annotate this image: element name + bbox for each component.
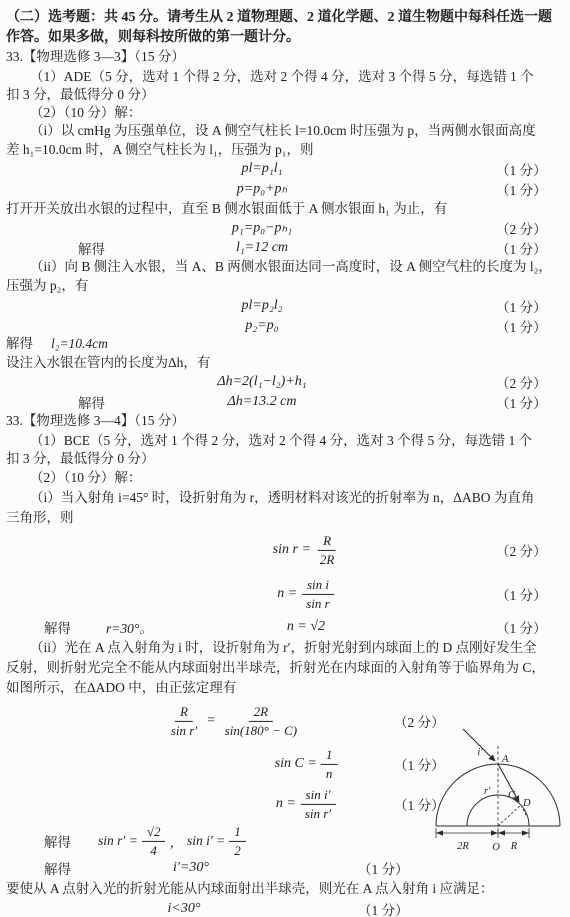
dimension-arrow: [491, 830, 498, 835]
solution-paragraph: 差 h₁=10.0cm 时，A 侧空气柱长为 l₁，压强为 p₁，则: [6, 140, 564, 159]
formula: l₂=10.4cm: [51, 336, 108, 351]
optics-figure: i′ A r′ C D 2R O R: [426, 694, 570, 870]
formula: n = sin i′sin r′: [276, 787, 336, 821]
document-page: （二）选考题：共 45 分。请考生从 2 道物理题、2 道化学题、2 道生物题中…: [0, 0, 570, 917]
score-label: （2 分）: [496, 540, 547, 560]
solution-paragraph: 打开开关放出水银的过程中，直至 B 侧水银面低于 A 侧水银面 h₁ 为止，有: [6, 199, 564, 218]
solve-prefix: 解得: [44, 831, 71, 851]
equation-row: 解得 r=30°。 n = √2 （1 分）: [6, 616, 564, 638]
figure-label-2R: 2R: [457, 841, 469, 852]
equation-row: i<30° （1 分）: [6, 900, 564, 917]
solve-prefix: 解得: [78, 392, 105, 412]
formula: r=30°。: [106, 617, 153, 637]
equation-row: 解得 l₁=12 cm （1 分）: [6, 238, 564, 257]
formula: pl=p₂l₂: [242, 298, 283, 314]
solve-prefix: 解得: [44, 858, 71, 878]
figure-label-r-prime: r′: [484, 786, 491, 797]
figure-label-O: O: [492, 842, 500, 853]
score-label: （1 分）: [358, 858, 409, 878]
formula: p₂=p₀: [245, 318, 278, 334]
solution-paragraph: （i）当入射角 i=45° 时，设折射角为 r，透明材料对该光的折射率为 n，Δ…: [6, 488, 564, 508]
solution-paragraph: （i）以 cmHg 为压强单位，设 A 侧空气柱长 l=10.0cm 时压强为 …: [6, 122, 564, 140]
formula: p=p₀+pₕ: [237, 181, 287, 198]
figure-label-R: R: [510, 841, 518, 852]
solve-line: 解得l₂=10.4cm: [6, 335, 564, 353]
formula: i′=30°: [173, 860, 209, 876]
score-label: （2 分）: [496, 372, 547, 392]
solution-paragraph: （ii）向 B 侧注入水银，当 A、B 两侧水银面达同一高度时，设 A 侧空气柱…: [6, 257, 564, 276]
answer-choice-line: （1）BCE（5 分，选对 1 个得 2 分，选对 2 个得 4 分，选对 3 …: [6, 431, 564, 450]
score-label: （1 分）: [496, 392, 547, 412]
solve-prefix: 解得: [78, 238, 105, 258]
solution-paragraph: （ii）光在 A 点入射角为 i 时，设折射角为 r′，折射光射到内球面上的 D…: [6, 638, 564, 658]
dimension-arrow: [436, 830, 443, 835]
figure-label-C: C: [508, 790, 516, 801]
normal-at-D: [498, 805, 521, 826]
figure-label-i-prime: i′: [477, 747, 483, 758]
formula: sin r′ = √24 ， sin i′ = 12: [98, 824, 246, 858]
equation-row: p₂=p₀ （1 分）: [6, 316, 564, 335]
header-line-2: 作答。如果多做，则每科按所做的第一题计分。: [6, 28, 564, 47]
solve-prefix: 解得: [6, 336, 33, 351]
solution-paragraph: 压强为 p₂，有: [6, 276, 564, 296]
formula: sin C = 1n: [275, 747, 338, 781]
equation-row: p=p₀+pₕ （1 分）: [6, 179, 564, 199]
formula: l₁=12 cm: [236, 240, 288, 256]
score-label: （1 分）: [358, 899, 409, 917]
formula: n = √2: [287, 619, 325, 635]
score-label: （1 分）: [496, 584, 547, 604]
formula: Δh=13.2 cm: [228, 394, 297, 410]
formula: p₁=p₀−pₕ₁: [232, 220, 292, 237]
score-label: （1 分）: [496, 316, 547, 336]
equation-row: sin r = R2R （2 分）: [6, 528, 564, 572]
solution-paragraph: 三角形，则: [6, 508, 564, 528]
solution-paragraph: 要使从 A 点射入光的折射光能从内球面射出半球壳，则光在 A 点入射角 i 应满…: [6, 878, 564, 900]
dimension-arrow: [522, 830, 529, 835]
score-label: （2 分）: [496, 218, 547, 238]
answer-choice-line: （1）ADE（5 分，选对 1 个得 2 分，选对 2 个得 4 分，选对 3 …: [6, 67, 564, 86]
figure-label-A: A: [501, 754, 509, 765]
equation-row: p₁=p₀−pₕ₁ （2 分）: [6, 218, 564, 238]
equation-row: 解得 Δh=13.2 cm （1 分）: [6, 392, 564, 411]
formula: Δh=2(l₁−l₂)+h₁: [217, 374, 306, 390]
score-label: （1 分）: [496, 179, 547, 199]
question-33-3-title: 33.【物理选修 3—3】（15 分）: [6, 47, 564, 67]
question-33-4-title: 33.【物理选修 3—4】（15 分）: [6, 411, 564, 431]
score-label: （1 分）: [496, 296, 547, 316]
header-line-1: （二）选考题：共 45 分。请考生从 2 道物理题、2 道化学题、2 道生物题中…: [6, 8, 564, 28]
dimension-arrow: [498, 830, 505, 835]
equation-row: Δh=2(l₁−l₂)+h₁ （2 分）: [6, 372, 564, 392]
part2-label: （2）（10 分）解：: [6, 104, 564, 122]
score-label: （1 分）: [496, 238, 547, 258]
formula: sin r = R2R: [273, 533, 340, 567]
equation-row: pl=p₁l₁ （1 分）: [6, 159, 564, 179]
formula: pl=p₁l₁: [242, 161, 283, 177]
score-label: （1 分）: [496, 159, 547, 179]
formula: i<30°: [168, 901, 201, 917]
formula: n = sin isin r: [277, 577, 334, 611]
figure-label-D: D: [522, 798, 531, 809]
formula: Rsin r′ = 2Rsin(180° − C): [166, 704, 302, 738]
solution-paragraph: 反射，则折射光完全不能从内球面射出半球壳，折射光在内球面的入射角等于临界角为 C…: [6, 658, 564, 678]
equation-row: pl=p₂l₂ （1 分）: [6, 296, 564, 316]
equation-row: n = sin isin r （1 分）: [6, 572, 564, 616]
solve-prefix: 解得: [44, 617, 71, 637]
score-label: （1 分）: [496, 617, 547, 637]
solution-paragraph: 设注入水银在管内的长度为Δh，有: [6, 353, 564, 372]
answer-choice-line: 扣 3 分，最低得分 0 分）: [6, 86, 564, 104]
answer-choice-line: 扣 3 分，最低得分 0 分）: [6, 450, 564, 468]
part2-label: （2）（10 分）解：: [6, 468, 564, 488]
inner-hemisphere-arc: [467, 795, 529, 826]
